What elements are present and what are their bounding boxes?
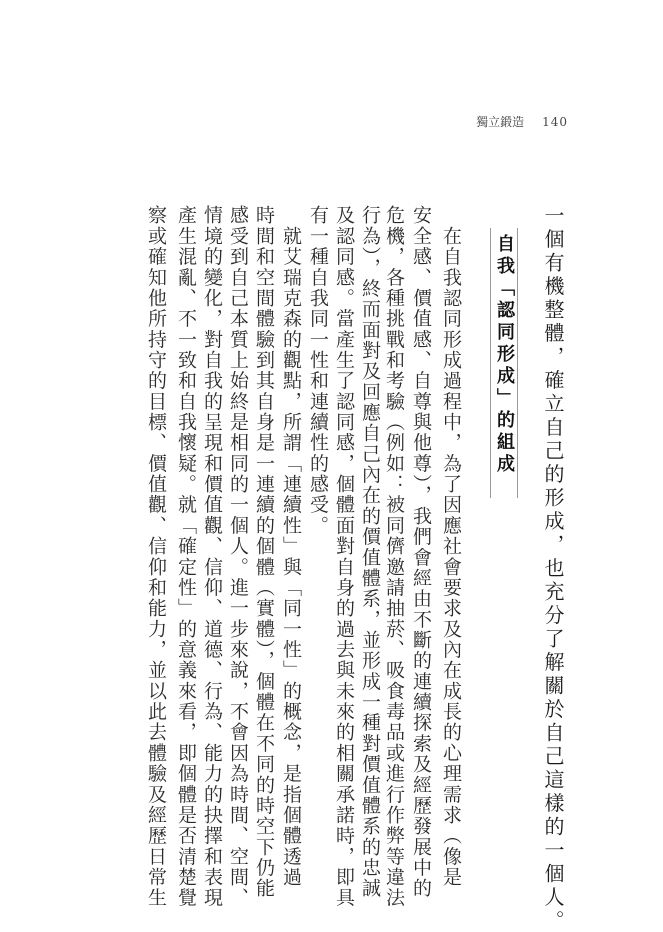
body-column: 時間和空間體驗到其自身是一連續的個體（實體），個體在不同的時空下仍能 [251,205,277,899]
body-column: 感受到自己本質上始終是相同的一個人。進一步來說，不會因為時間、空間、 [225,205,251,908]
body-column: 情境的變化，對自我的呈現和價值觀、信仰、道德、行為、能力的抉擇和表現 [199,205,225,908]
intro-line: 一個有機整體，確立自己的形成，也充分了解關於自己這樣的一個人。 [540,205,566,932]
body-column: 產生混亂、不一致和自我懷疑。就「確定性」的意義來看，即個體是否清楚覺 [173,205,199,908]
body-column: 及認同感。當產生了認同感，個體面對自身的過去與未來的相關承諾時，即具 [331,205,357,908]
body-column: 就艾瑞克森的觀點，所謂「連續性」與「同一性」的概念，是指個體透過 [278,205,304,887]
body-column: 有一種自我同一性和連續性的感受。 [305,205,331,536]
body-column: 行為），終而面對及回應自己內在的價值體系，並形成一種對價值體系的忠誠 [357,205,383,899]
body-column: 察或確知他所持守的目標、價值觀、信仰和能力，並以此去體驗及經歷日常生 [143,205,169,908]
page-number: 140 [542,115,568,129]
body-column: 安全感、價值感、自尊與他尊），我們會經由不斷的連續探索及經歷發展中的 [408,205,434,899]
book-title: 獨立鍛造 [476,113,524,130]
body-column: 危機，各種挑戰和考驗（例如：被同儕邀請抽菸、吸食毒品或進行作弊等違法 [381,205,407,908]
running-header: 獨立鍛造 140 [476,113,568,130]
section-heading: 自我「認同形成」的組成 [491,228,517,498]
body-column: 在自我認同形成過程中，為了因應社會要求及內在成長的心理需求（像是 [438,205,464,887]
section-heading-box: 自我「認同形成」的組成 [490,228,518,498]
